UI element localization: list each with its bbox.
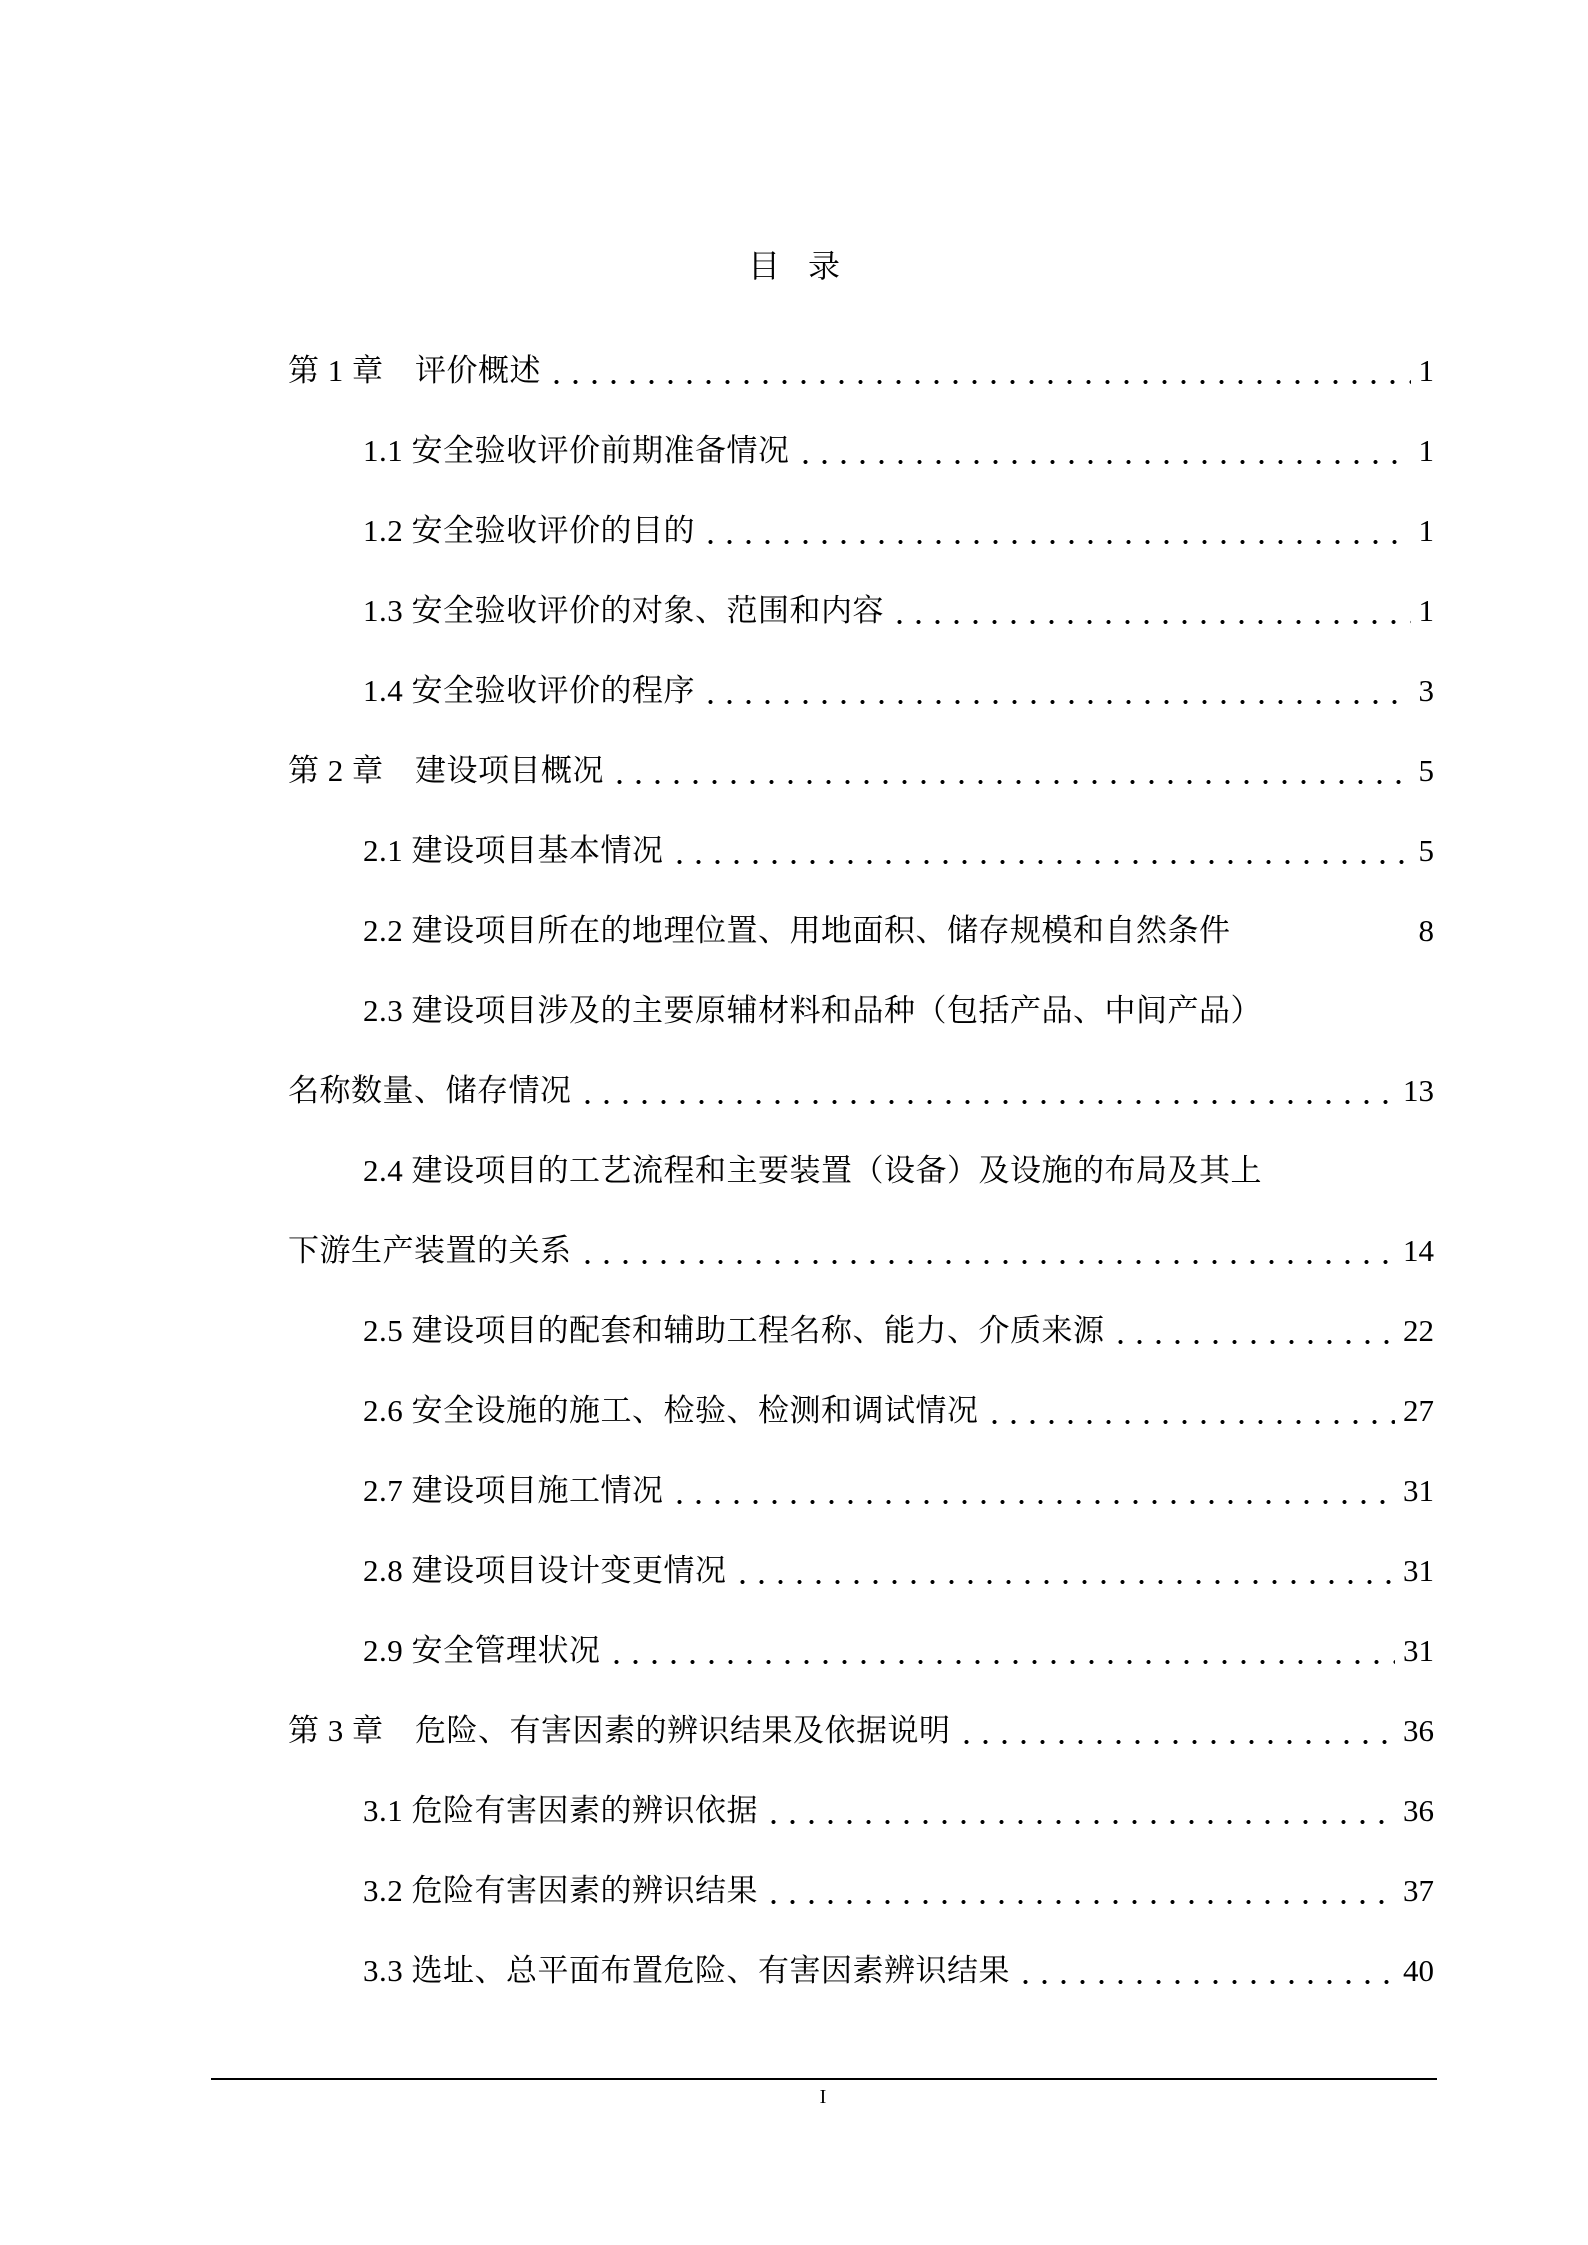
dot-leader: [610, 751, 1411, 791]
toc-entry-label: 2.6 安全设施的施工、检验、检测和调试情况: [363, 1391, 979, 1431]
toc-entry-label: 第 2 章 建设项目概况: [288, 751, 604, 791]
toc-entry-label: 3.2 危险有害因素的辨识结果: [363, 1871, 758, 1911]
toc-entry-2-2[interactable]: 2.2 建设项目所在的地理位置、用地面积、储存规模和自然条件 8: [288, 891, 1434, 971]
toc-entry-label: 2.8 建设项目设计变更情况: [363, 1551, 727, 1591]
toc-entry-2-1[interactable]: 2.1 建设项目基本情况 5: [288, 811, 1434, 891]
dot-leader: [547, 351, 1411, 391]
dot-leader: [764, 1791, 1395, 1831]
toc-entry-chapter-1[interactable]: 第 1 章 评价概述 1: [288, 331, 1434, 411]
toc-entry-page: 31: [1403, 1631, 1434, 1671]
toc-entry-label: 2.2 建设项目所在的地理位置、用地面积、储存规模和自然条件: [363, 911, 1419, 951]
toc-entry-page: 13: [1403, 1071, 1434, 1111]
dot-leader: [985, 1391, 1396, 1431]
toc-entry-1-4[interactable]: 1.4 安全验收评价的程序 3: [288, 651, 1434, 731]
toc-entry-page: 31: [1403, 1551, 1434, 1591]
toc-entry-1-1[interactable]: 1.1 安全验收评价前期准备情况 1: [288, 411, 1434, 491]
toc-entry-label: 1.1 安全验收评价前期准备情况: [363, 431, 790, 471]
toc-entry-label: 2.9 安全管理状况: [363, 1631, 601, 1671]
toc-entry-2-3[interactable]: 2.3 建设项目涉及的主要原辅材料和品种（包括产品、中间产品）: [288, 971, 1434, 1051]
toc-entry-2-8[interactable]: 2.8 建设项目设计变更情况 31: [288, 1531, 1434, 1611]
toc-entry-2-7[interactable]: 2.7 建设项目施工情况 31: [288, 1451, 1434, 1531]
toc-entry-label: 名称数量、储存情况: [288, 1071, 572, 1111]
toc-entry-1-2[interactable]: 1.2 安全验收评价的目的 1: [288, 491, 1434, 571]
toc-entry-page: 22: [1403, 1311, 1434, 1351]
toc-entry-3-2[interactable]: 3.2 危险有害因素的辨识结果 37: [288, 1851, 1434, 1931]
toc-entry-page: 31: [1403, 1471, 1434, 1511]
toc-entry-page: 5: [1419, 831, 1435, 871]
toc-entry-3-1[interactable]: 3.1 危险有害因素的辨识依据 36: [288, 1771, 1434, 1851]
toc-entry-label: 2.3 建设项目涉及的主要原辅材料和品种（包括产品、中间产品）: [363, 991, 1434, 1031]
toc-entry-page: 36: [1403, 1711, 1434, 1751]
toc-entry-label: 1.3 安全验收评价的对象、范围和内容: [363, 591, 884, 631]
toc-entry-label: 第 3 章 危险、有害因素的辨识结果及依据说明: [288, 1711, 951, 1751]
toc-entry-page: 1: [1419, 511, 1435, 551]
toc-entry-3-3[interactable]: 3.3 选址、总平面布置危险、有害因素辨识结果 40: [288, 1931, 1434, 2011]
toc-entry-page: 40: [1403, 1951, 1434, 1991]
dot-leader: [957, 1711, 1396, 1751]
footer-page-number: I: [0, 2084, 1588, 2110]
footer-divider: [211, 2078, 1437, 2080]
toc-entry-label: 1.2 安全验收评价的目的: [363, 511, 695, 551]
dot-leader: [578, 1071, 1396, 1111]
toc-entry-page: 36: [1403, 1791, 1434, 1831]
toc-entry-label: 下游生产装置的关系: [288, 1231, 572, 1271]
toc-entry-page: 3: [1419, 671, 1435, 711]
toc-entry-page: 1: [1419, 431, 1435, 471]
toc-entry-page: 37: [1403, 1871, 1434, 1911]
dot-leader: [578, 1231, 1396, 1271]
dot-leader: [796, 431, 1411, 471]
toc-entry-2-4[interactable]: 2.4 建设项目的工艺流程和主要装置（设备）及设施的布局及其上: [288, 1131, 1434, 1211]
toc-entry-label: 3.3 选址、总平面布置危险、有害因素辨识结果: [363, 1951, 1010, 1991]
dot-leader: [701, 671, 1411, 711]
toc-entry-2-9[interactable]: 2.9 安全管理状况 31: [288, 1611, 1434, 1691]
toc-entry-page: 1: [1419, 351, 1435, 391]
dot-leader: [890, 591, 1411, 631]
dot-leader: [670, 831, 1411, 871]
toc-entry-chapter-2[interactable]: 第 2 章 建设项目概况 5: [288, 731, 1434, 811]
dot-leader: [733, 1551, 1396, 1591]
toc-entry-2-3-continued[interactable]: 名称数量、储存情况 13: [288, 1051, 1434, 1131]
dot-leader: [701, 511, 1411, 551]
dot-leader: [1111, 1311, 1396, 1351]
toc-entry-2-4-continued[interactable]: 下游生产装置的关系 14: [288, 1211, 1434, 1291]
toc-entry-label: 第 1 章 评价概述: [288, 351, 541, 391]
toc-entry-label: 2.1 建设项目基本情况: [363, 831, 664, 871]
toc-entry-label: 2.4 建设项目的工艺流程和主要装置（设备）及设施的布局及其上: [363, 1151, 1434, 1191]
toc-entry-label: 1.4 安全验收评价的程序: [363, 671, 695, 711]
toc-entry-1-3[interactable]: 1.3 安全验收评价的对象、范围和内容 1: [288, 571, 1434, 651]
dot-leader: [1016, 1951, 1395, 1991]
toc-entry-page: 5: [1419, 751, 1435, 791]
toc-entry-2-6[interactable]: 2.6 安全设施的施工、检验、检测和调试情况 27: [288, 1371, 1434, 1451]
table-of-contents: 第 1 章 评价概述 1 1.1 安全验收评价前期准备情况 1 1.2 安全验收…: [288, 331, 1434, 2011]
toc-title: 目录: [0, 244, 1588, 288]
toc-entry-label: 2.7 建设项目施工情况: [363, 1471, 664, 1511]
toc-entry-page: 1: [1419, 591, 1435, 631]
dot-leader: [670, 1471, 1396, 1511]
toc-entry-2-5[interactable]: 2.5 建设项目的配套和辅助工程名称、能力、介质来源 22: [288, 1291, 1434, 1371]
toc-entry-page: 8: [1419, 911, 1435, 951]
toc-entry-label: 2.5 建设项目的配套和辅助工程名称、能力、介质来源: [363, 1311, 1105, 1351]
toc-entry-chapter-3[interactable]: 第 3 章 危险、有害因素的辨识结果及依据说明 36: [288, 1691, 1434, 1771]
toc-entry-page: 27: [1403, 1391, 1434, 1431]
toc-entry-label: 3.1 危险有害因素的辨识依据: [363, 1791, 758, 1831]
toc-entry-page: 14: [1403, 1231, 1434, 1271]
dot-leader: [764, 1871, 1395, 1911]
dot-leader: [607, 1631, 1396, 1671]
